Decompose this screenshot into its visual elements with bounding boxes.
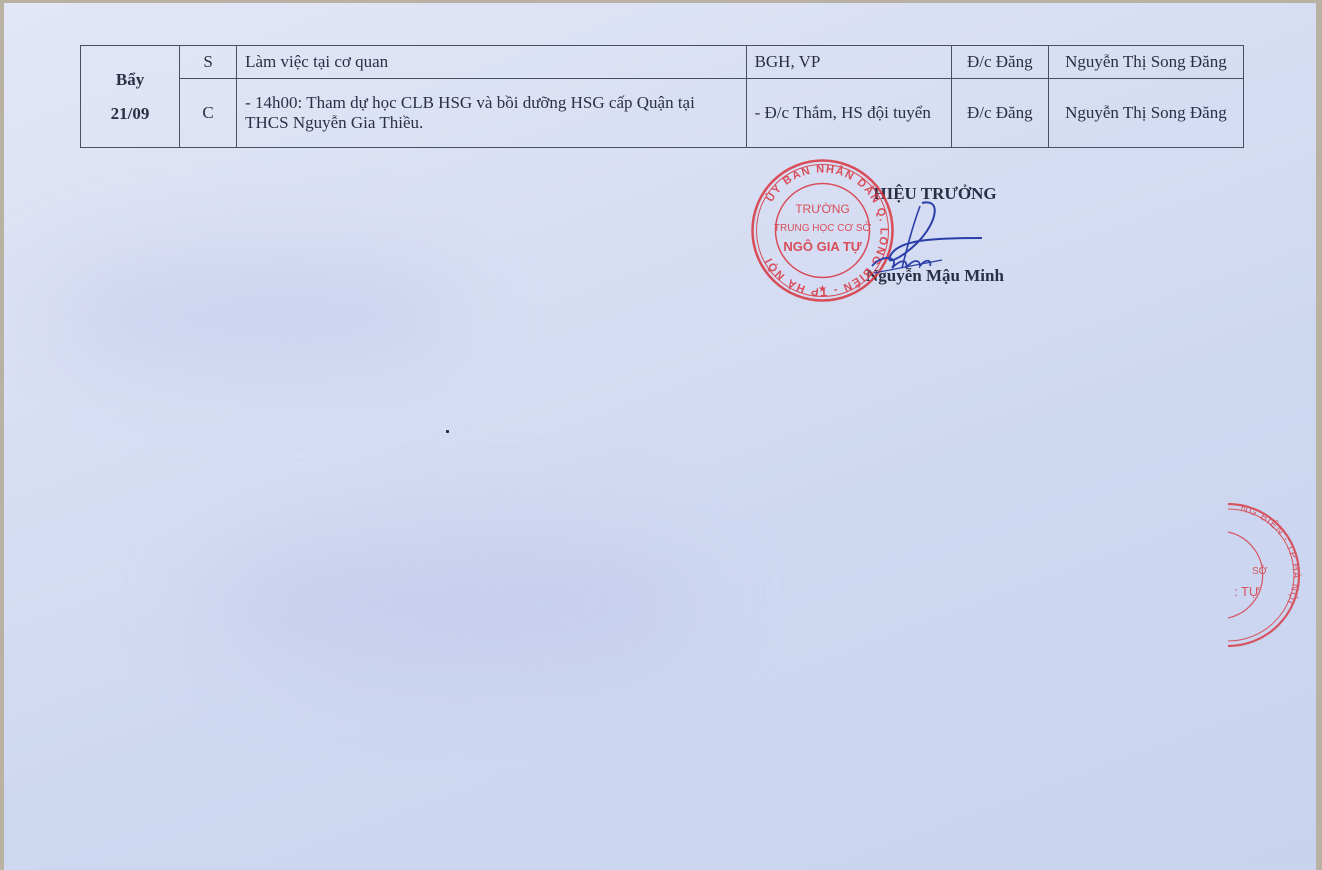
date-label: 21/09 bbox=[89, 97, 171, 131]
seal-line2: TRUNG HỌC CƠ SỞ bbox=[774, 221, 872, 234]
seal-line3: NGÔ GIA TỰ bbox=[783, 239, 861, 254]
duty-cell: Nguyễn Thị Song Đăng bbox=[1048, 79, 1243, 148]
day-cell: Bẩy 21/09 bbox=[81, 46, 180, 148]
seal-line1: TRƯỜNG bbox=[795, 201, 850, 216]
ink-speck bbox=[446, 430, 449, 433]
duty-cell: Nguyễn Thị Song Đăng bbox=[1048, 46, 1243, 79]
participants-cell: - Đ/c Thắm, HS đội tuyển bbox=[746, 79, 951, 148]
session-cell: C bbox=[180, 79, 237, 148]
participants-cell: BGH, VP bbox=[746, 46, 951, 79]
schedule-table: Bẩy 21/09 S Làm việc tại cơ quan BGH, VP… bbox=[80, 45, 1244, 148]
seal-star-icon: ★ bbox=[818, 284, 827, 295]
paper-shadow bbox=[44, 253, 464, 373]
partial-seal-fragment: SỞ bbox=[1252, 564, 1268, 577]
lead-cell: Đ/c Đăng bbox=[951, 79, 1048, 148]
content-cell: Làm việc tại cơ quan bbox=[237, 46, 746, 79]
day-label: Bẩy bbox=[89, 63, 171, 97]
partial-seal-icon: NG BIÊN - TP HÀ NỘI SỞ : TỰ bbox=[1228, 500, 1318, 650]
lead-cell: Đ/c Đăng bbox=[951, 46, 1048, 79]
partial-seal-fragment: : TỰ bbox=[1234, 584, 1260, 599]
session-cell: S bbox=[180, 46, 237, 79]
table-row: C - 14h00: Tham dự học CLB HSG và bồi dư… bbox=[81, 79, 1244, 148]
content-cell: - 14h00: Tham dự học CLB HSG và bồi dưỡn… bbox=[237, 79, 746, 148]
paper-shadow bbox=[204, 523, 704, 683]
table-row: Bẩy 21/09 S Làm việc tại cơ quan BGH, VP… bbox=[81, 46, 1244, 79]
handwritten-signature-icon bbox=[862, 198, 992, 278]
